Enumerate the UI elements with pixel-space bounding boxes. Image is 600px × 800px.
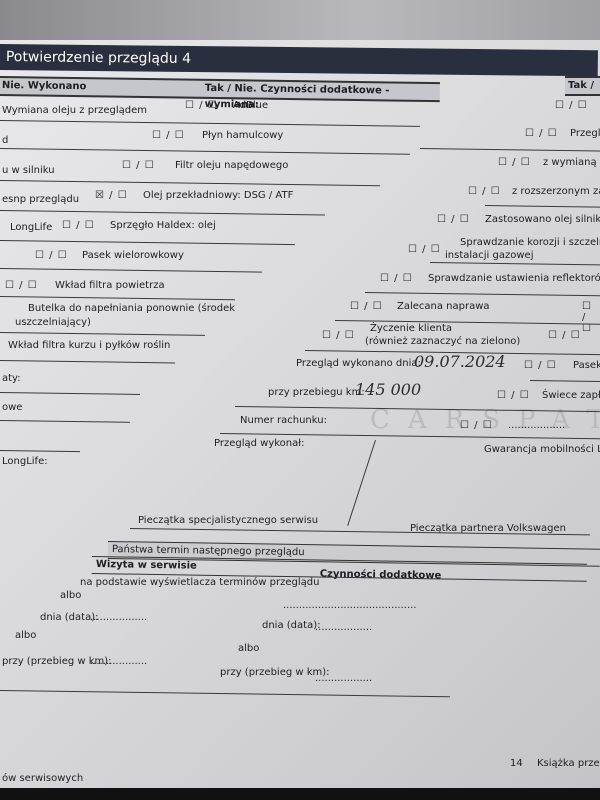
row-label: instalacji gazowej <box>445 250 533 261</box>
page-number: 14 <box>510 758 523 769</box>
page-edge <box>0 0 600 40</box>
row-label: z wymianą oleju <box>543 157 600 168</box>
extra-dots[interactable]: ........................................… <box>283 600 417 611</box>
page-edge-bottom <box>0 788 600 800</box>
checkbox-pair[interactable]: ☐ / ☐ <box>460 420 493 431</box>
row-label: owe <box>2 402 22 413</box>
row-label: Wkład filtra powietrza <box>55 280 165 291</box>
row-label: Filtr oleju napędowego <box>175 160 288 171</box>
page-title: Potwierdzenie przeglądu 4 <box>0 44 598 76</box>
row-divider <box>0 180 380 186</box>
row-label: (również zaznaczyć na zielono) <box>365 336 520 347</box>
row-divider <box>530 380 600 382</box>
checkbox-pair[interactable]: ☐ / ☐ <box>350 301 383 312</box>
checkbox-pair[interactable]: ☐ / ☐ <box>555 100 588 111</box>
checkbox-pair[interactable]: ☐ / ☐ <box>582 301 600 334</box>
row-label: z rozszerzonym zakresem <box>512 186 600 197</box>
checkbox-pair[interactable]: ☐ / ☐ <box>408 244 441 255</box>
row-label: Pasek wielorowkowy <box>82 250 184 261</box>
row-label: LongLife <box>10 222 52 233</box>
mileage-label: przy przebiegu km: <box>268 387 365 398</box>
r-date-label: dnia (data): <box>262 620 320 631</box>
checkbox-pair[interactable]: ☐ / ☐ <box>468 186 501 197</box>
checkbox-pair[interactable]: ☐ / ☐ <box>322 330 355 341</box>
header-right: Tak / <box>565 80 594 91</box>
row-divider <box>0 332 205 336</box>
footer-left: ów serwisowych <box>2 773 83 784</box>
row-label: Sprawdzanie ustawienia reflektorów <box>428 273 600 284</box>
row-label: Pasek <box>573 360 600 371</box>
done-date-value[interactable]: 09.07.2024 <box>414 352 506 371</box>
r-albo-label: albo <box>238 643 259 654</box>
row-divider <box>0 240 295 245</box>
checkbox-pair[interactable]: ☐ / ☐ <box>548 330 581 341</box>
mobility-label: Gwarancja mobilności LongLife <box>484 444 600 455</box>
row-label: uszczelniający) <box>15 317 91 328</box>
table-header-right: Tak / <box>565 76 600 96</box>
checkbox-pair[interactable]: ☐ / ☐ <box>122 160 155 171</box>
row-divider <box>0 210 325 216</box>
row-divider <box>365 292 600 296</box>
done-date-label: Przegląd wykonano dnia: <box>296 358 421 369</box>
checkbox-pair[interactable]: ☐ / ☐ <box>437 214 470 225</box>
row-label: Płyn hamulcowy <box>202 130 283 141</box>
checkbox-pair[interactable]: ☐ / ☐ <box>525 128 558 139</box>
checkbox-pair[interactable]: ☐ / ☐ <box>35 250 68 261</box>
visit-header: Wizyta w serwisie <box>92 559 197 572</box>
checkbox-pair-checked[interactable]: ☒ / ☐ <box>95 190 128 201</box>
checkbox-pair[interactable]: ☐ / ☐ <box>498 157 531 168</box>
checkbox-pair[interactable]: ☐ / ☐ <box>152 130 185 141</box>
checkbox-pair[interactable]: ☐ / ☐ <box>62 220 95 231</box>
row-label: esnp przeglądu <box>2 194 79 205</box>
row-label: u w silniku <box>2 165 55 176</box>
footer-right: Książka przeglądów <box>537 758 600 769</box>
row-divider <box>0 690 450 697</box>
albo-label: albo <box>60 590 81 601</box>
row-label: Butelka do napełniania ponownie (środek <box>28 303 235 314</box>
based-on-label[interactable]: na podstawie wyświetlacza terminów przeg… <box>80 577 319 588</box>
row-label: Życzenie klienta <box>370 323 452 334</box>
row-label: Olej przekładniowy: DSG / ATF <box>143 190 293 201</box>
r-date-dots[interactable]: .................. <box>315 622 372 633</box>
row-label: Sprawdzanie korozji i szczelności <box>460 237 600 248</box>
row-divider <box>485 205 600 208</box>
stamp-service-label: Pieczątka specjalistycznego serwisu <box>138 515 318 526</box>
extra-header: Czynności dodatkowe <box>320 567 442 585</box>
row-divider <box>0 360 175 363</box>
checkbox-pair[interactable]: ☐ / ☐ <box>380 273 413 284</box>
checkbox-pair[interactable]: ☐ / ☐ <box>497 390 530 401</box>
checkbox-pair[interactable]: ☐ / ☐ <box>185 100 218 111</box>
header-left: Nie. Wykonano <box>2 78 87 95</box>
checkbox-pair[interactable]: ☐ / ☐ <box>5 280 38 291</box>
row-label: Wkład filtra kurzu i pyłków roślin <box>8 340 170 351</box>
row-divider <box>430 262 600 265</box>
row-label: Sprzęgło Haldex: olej <box>110 220 216 231</box>
row-label: LongLife: <box>2 456 48 467</box>
km-dots[interactable]: .................. <box>90 656 147 667</box>
row-divider <box>0 296 235 300</box>
row-label: d <box>2 135 8 146</box>
table-header: Nie. Wykonano Tak / Nie. Czynności dodat… <box>0 76 440 102</box>
row-label: Przegląd <box>570 128 600 139</box>
document-page: Potwierdzenie przeglądu 4 Nie. Wykonano … <box>0 0 600 800</box>
row-divider <box>0 420 130 423</box>
r-km-label: przy (przebieg w km): <box>220 667 330 678</box>
date-dots[interactable]: .................. <box>90 612 147 623</box>
albo-label: albo <box>15 630 36 641</box>
row-divider <box>420 148 600 152</box>
mileage-value[interactable]: 145 000 <box>355 380 421 399</box>
invoice-label: Numer rachunku: <box>240 415 327 426</box>
checkbox-pair[interactable]: ☐ / ☐ <box>524 360 557 371</box>
row-label: Zastosowano olej silnikowy <box>485 214 600 225</box>
row-divider <box>0 148 410 155</box>
row-divider <box>0 392 140 395</box>
column-divider <box>347 440 376 526</box>
row-label: AdBlue <box>233 100 268 111</box>
row-label: Świece zapłonowe <box>542 390 600 401</box>
row-label: Zalecana naprawa <box>397 301 490 312</box>
invoice-dots: .................. <box>508 420 565 431</box>
row-divider <box>0 120 420 127</box>
row-divider <box>0 268 262 273</box>
row-divider <box>0 450 80 452</box>
done-by-label: Przegląd wykonał: <box>214 438 304 449</box>
row-label: Wymiana oleju z przeglądem <box>2 105 147 116</box>
r-km-dots[interactable]: .................. <box>315 673 372 684</box>
row-label: aty: <box>2 373 21 384</box>
